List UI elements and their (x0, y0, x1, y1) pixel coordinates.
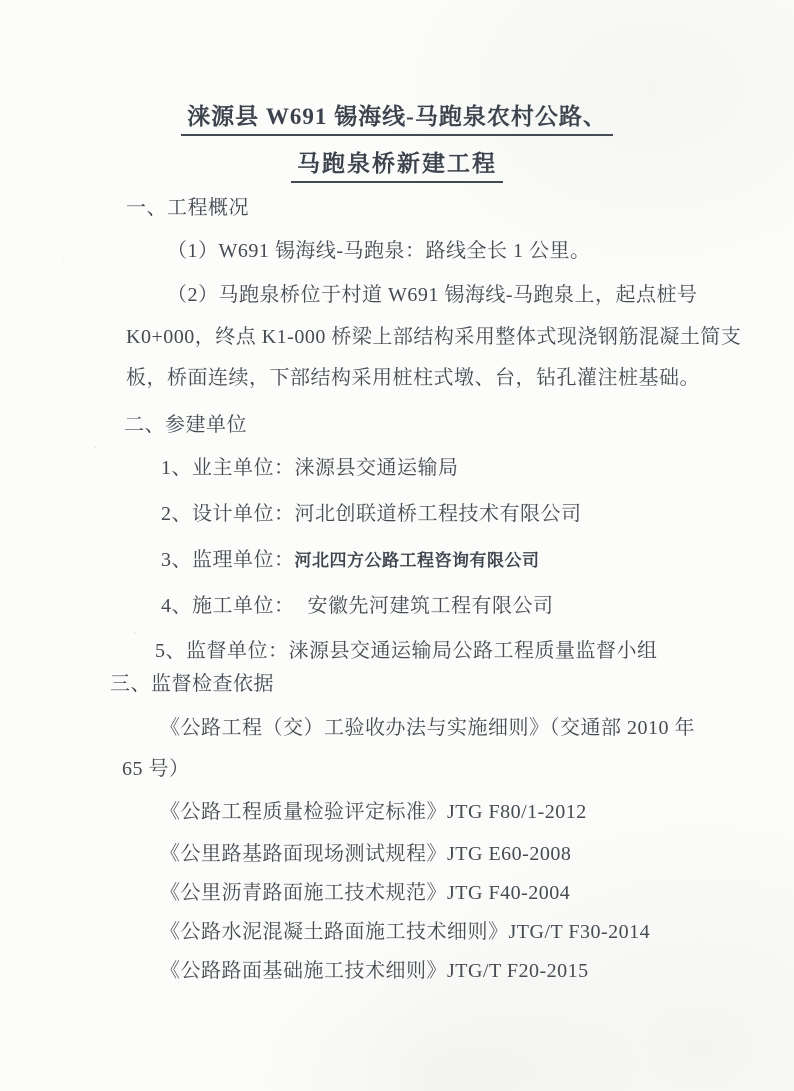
reference-item: 《公里路基路面现场测试规程》JTG E60-2008 (160, 841, 571, 867)
section1-heading: 一、工程概况 (126, 195, 249, 221)
reference-item: 《公路路面基础施工技术细则》JTG/T F20-2015 (160, 958, 589, 984)
reference-item-line2: 65 号） (122, 756, 190, 782)
reference-item-line1: 《公路工程（交）工验收办法与实施细则》（交通部 2010 年 (160, 715, 695, 741)
participant-item-quality-group: 5、监督单位：涞源县交通运输局公路工程质量监督小组 (155, 638, 658, 664)
document-title-line1-text: 涞源县 W691 锡海线-马跑泉农村公路、 (181, 104, 613, 136)
reference-item: 《公里沥青路面施工技术规范》JTG F40-2004 (160, 880, 570, 906)
participant-label: 3、监理单位： (161, 549, 295, 571)
document-title-line2: 马跑泉桥新建工程 (0, 149, 794, 179)
reference-item: 《公路水泥混凝土路面施工技术细则》JTG/T F30-2014 (160, 919, 650, 945)
section3-heading: 三、监督检查依据 (110, 671, 274, 697)
participant-item-supervisor: 3、监理单位：河北四方公路工程咨询有限公司 (161, 547, 540, 574)
participant-item-owner: 1、业主单位：涞源县交通运输局 (161, 455, 459, 481)
section1-paragraph1: （1）W691 锡海线-马跑泉：路线全长 1 公里。 (167, 238, 591, 264)
participant-value: 涞源县交通运输局 (295, 457, 459, 479)
participant-label: 2、设计单位： (161, 503, 295, 525)
document-title-line2-text: 马跑泉桥新建工程 (291, 151, 503, 183)
participant-value: 河北创联道桥工程技术有限公司 (295, 503, 582, 525)
participant-item-contractor: 4、施工单位：安徽先河建筑工程有限公司 (161, 593, 554, 619)
participant-value: 涞源县交通运输局公路工程质量监督小组 (289, 640, 658, 662)
participant-label: 5、监督单位： (155, 640, 289, 662)
reference-item: 《公路工程质量检验评定标准》JTG F80/1-2012 (160, 799, 587, 825)
section1-paragraph2-line3: 板，桥面连续，下部结构采用桩柱式墩、台，钻孔灌注桩基础。 (126, 365, 700, 391)
section2-heading: 二、参建单位 (124, 412, 247, 438)
scanned-document-page: 涞源县 W691 锡海线-马跑泉农村公路、 马跑泉桥新建工程 一、工程概况 （1… (0, 0, 794, 1091)
participant-value: 安徽先河建筑工程有限公司 (308, 595, 554, 617)
document-title-line1: 涞源县 W691 锡海线-马跑泉农村公路、 (0, 102, 794, 132)
participant-value: 河北四方公路工程咨询有限公司 (295, 551, 540, 570)
participant-label: 1、业主单位： (161, 457, 295, 479)
participant-label: 4、施工单位： (161, 595, 295, 617)
section1-paragraph2-line2: K0+000，终点 K1-000 桥梁上部结构采用整体式现浇钢筋混凝土简支 (126, 324, 741, 350)
participant-item-designer: 2、设计单位：河北创联道桥工程技术有限公司 (161, 501, 582, 527)
section1-paragraph2-line1: （2）马跑泉桥位于村道 W691 锡海线-马跑泉上，起点桩号 (167, 282, 698, 308)
